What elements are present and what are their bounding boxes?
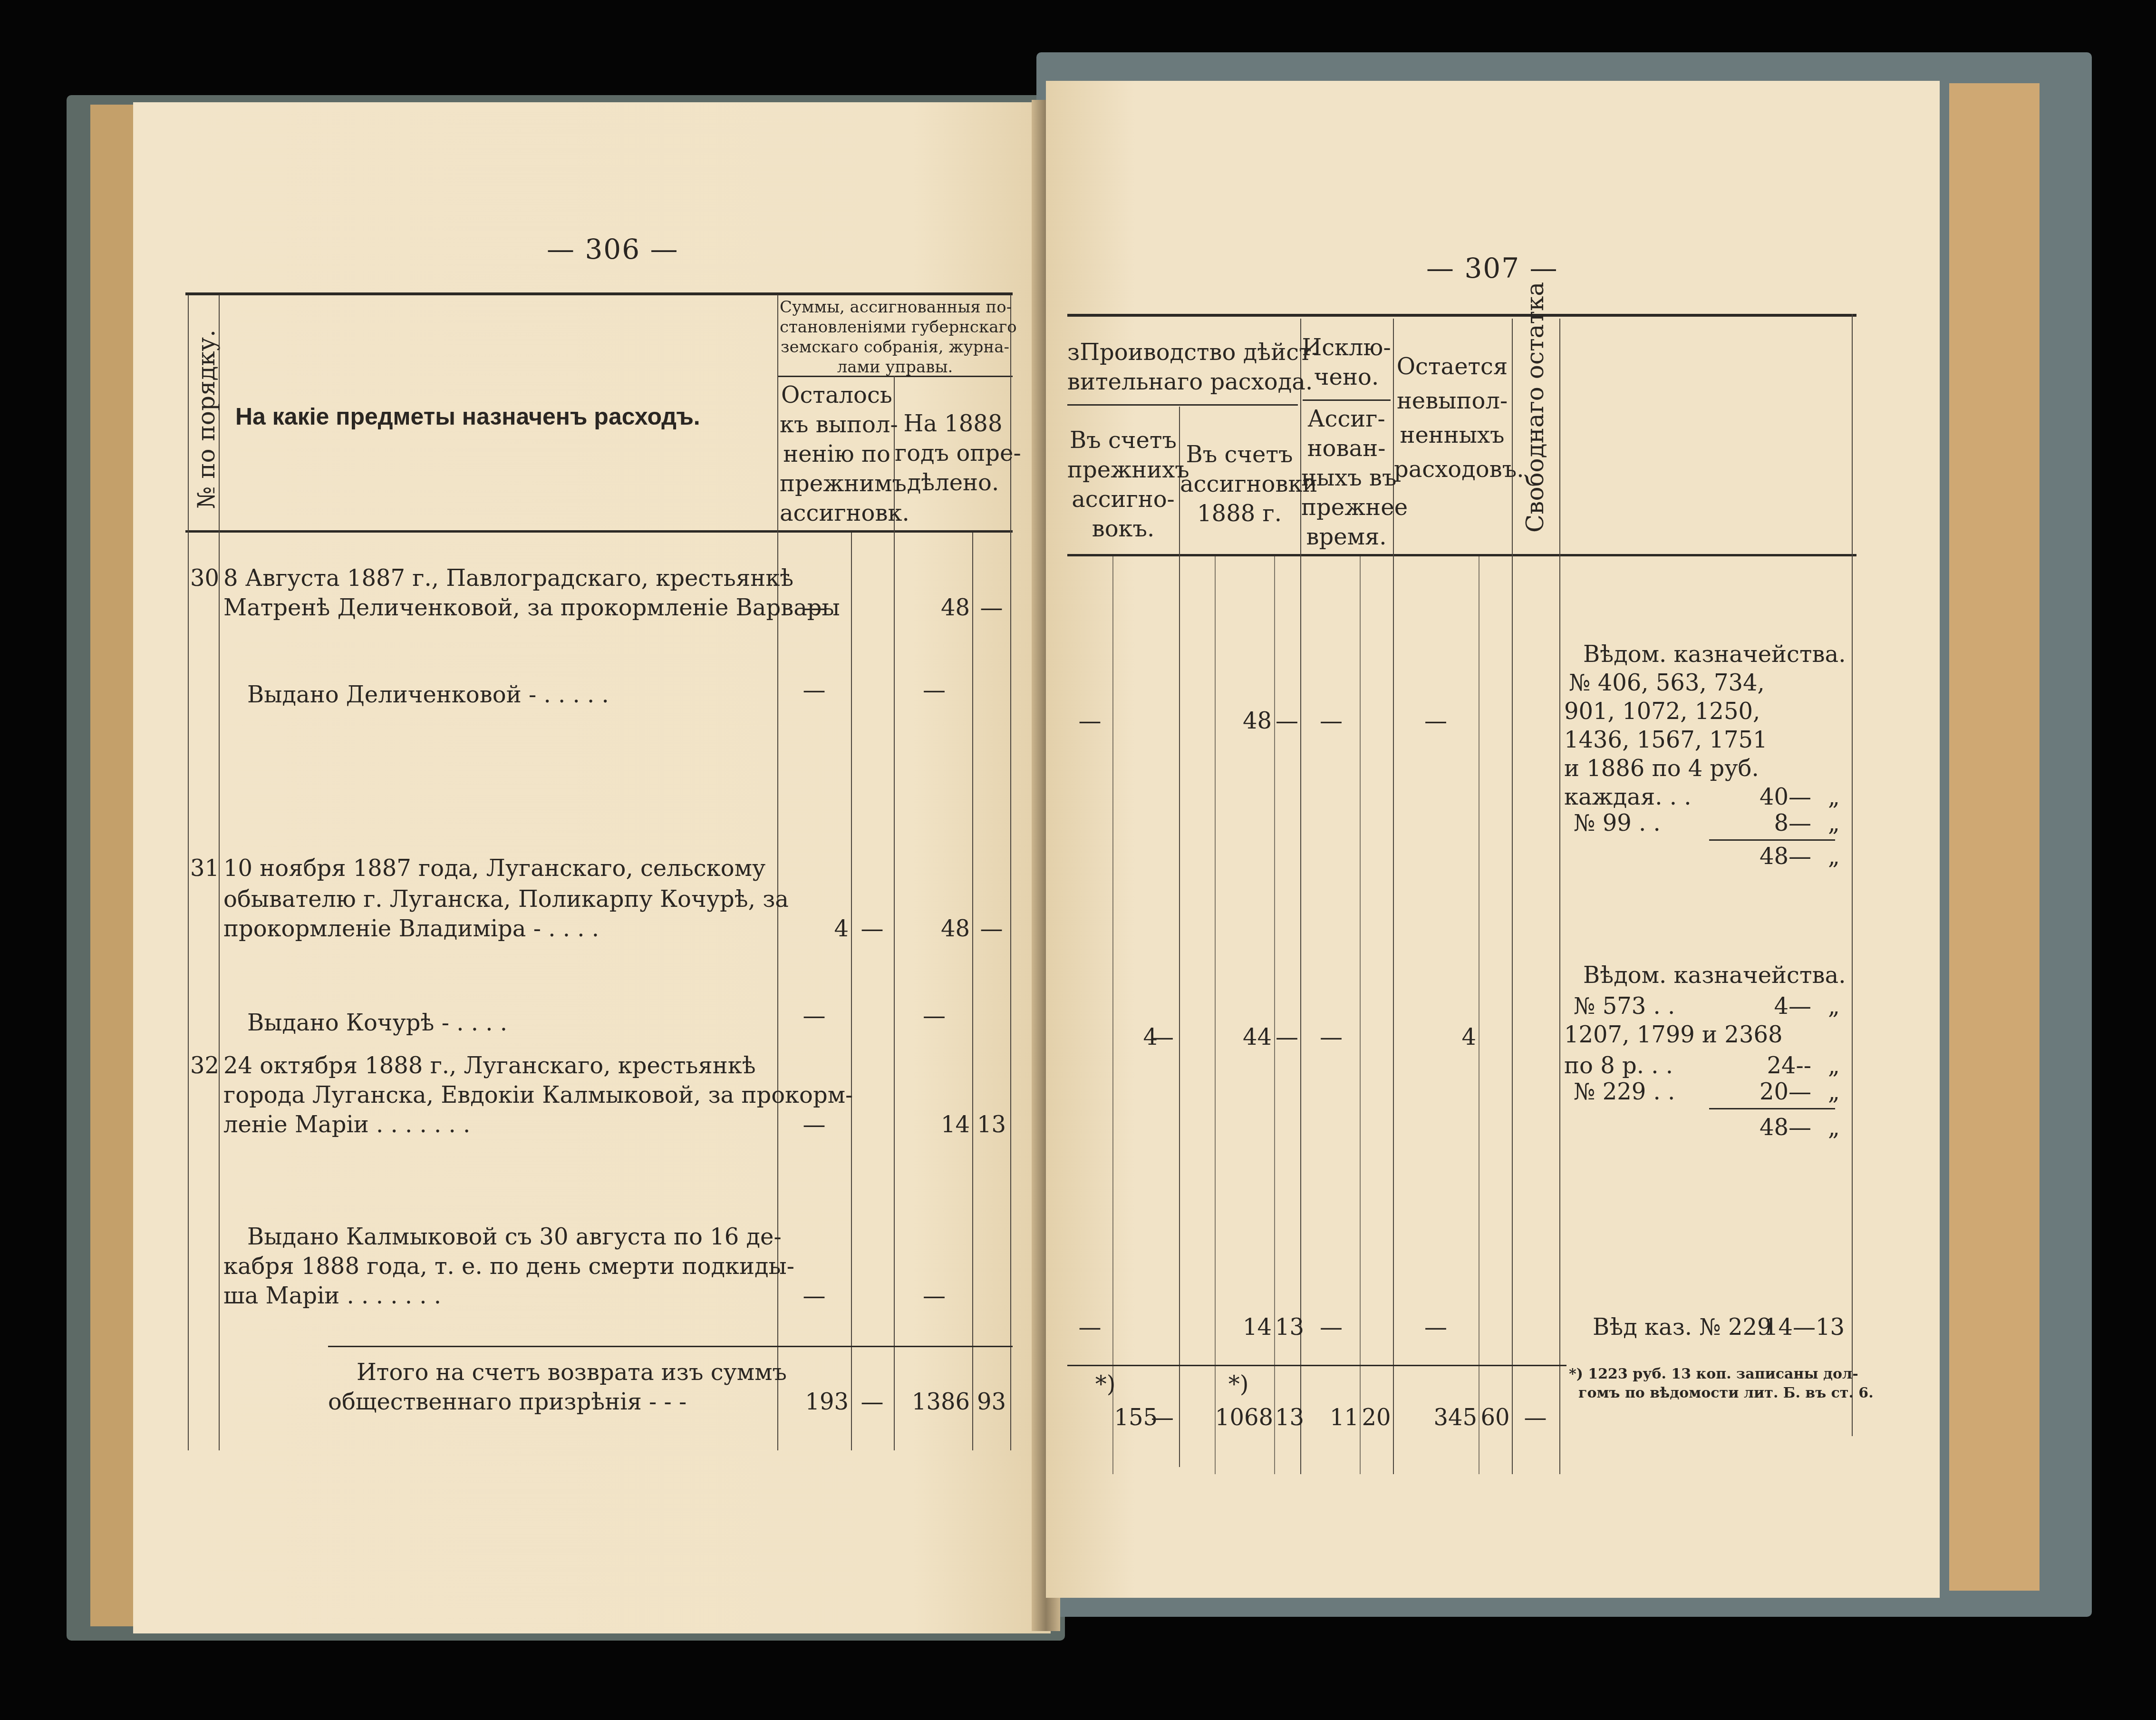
endpaper-right: [1949, 83, 2040, 1591]
assigned-value: 48: [894, 593, 970, 622]
total-remaining: 193: [780, 1387, 849, 1417]
col-line: [1360, 556, 1361, 1474]
row-text: ша Маріи . . . . . . .: [223, 1281, 441, 1311]
total-text: общественнаго призрѣнія - - -: [328, 1387, 686, 1417]
y1888-kop: 13: [1275, 1312, 1299, 1342]
prev-value: 4: [1067, 1022, 1158, 1052]
assigned-value: —: [894, 675, 975, 705]
ditto-mark: „: [1828, 1077, 1840, 1107]
note-item-label: 1207, 1799 и 2368: [1564, 1020, 1783, 1049]
col-line: [1559, 319, 1560, 1474]
total-y1888: 1068: [1189, 1403, 1273, 1432]
assigned-kop: 13: [974, 1110, 1009, 1139]
row-text: прокормленіе Владиміра - . . . .: [223, 914, 599, 943]
footnote-marker: *): [1217, 1370, 1260, 1399]
page-number-306: — 306 —: [547, 233, 679, 265]
note-item-label: № 573 . .: [1574, 991, 1675, 1021]
row-text: города Луганска, Евдокіи Калмыковой, за …: [223, 1080, 853, 1110]
ditto-mark: „: [1828, 782, 1840, 812]
col-line: [972, 533, 973, 1450]
y1888-value: 44: [1217, 1022, 1272, 1052]
note-item-label: № 99 . .: [1574, 808, 1661, 838]
row-text: Выдано Калмыковой съ 30 августа по 16 де…: [247, 1222, 782, 1252]
total-rule: [1067, 1365, 1566, 1366]
note-line: 1436, 1567, 1751: [1564, 725, 1768, 755]
note-item-amount: 8—: [1721, 808, 1811, 838]
excluded-value: —: [1303, 1022, 1360, 1052]
y1888-value: 48: [1217, 706, 1272, 736]
note-line: № 406, 563, 734,: [1569, 668, 1765, 698]
total-remains: 345: [1395, 1403, 1477, 1432]
prev-value: —: [1067, 1312, 1112, 1342]
row-number: 30: [190, 564, 219, 593]
assigned-value: —: [894, 1001, 975, 1030]
col-line: [1512, 319, 1513, 1474]
col-line: [1852, 314, 1853, 1436]
note-title: Вѣдом. казначейства.: [1583, 640, 1846, 669]
total-remains-kop: 60: [1479, 1403, 1511, 1432]
assigned-value: 48: [894, 914, 970, 943]
row-text: обывателю г. Луганска, Поликарпу Кочурѣ,…: [223, 884, 789, 914]
remaining-value: —: [780, 1281, 849, 1311]
note-amount: 14—13: [1764, 1312, 1845, 1342]
group-header-rule: [1303, 399, 1391, 401]
prev-value: —: [1067, 706, 1112, 736]
row-text: Выдано Кочурѣ - . . . .: [247, 1008, 507, 1038]
note-item-amount: 4—: [1721, 991, 1811, 1021]
row-text: 24 октября 1888 г., Луганскаго, крестьян…: [223, 1051, 756, 1080]
remaining-value: —: [780, 675, 849, 705]
excluded-value: —: [1303, 706, 1360, 736]
note-item-label: по 8 р. . .: [1564, 1051, 1673, 1080]
remains-value: —: [1395, 706, 1476, 736]
ditto-mark: „: [1828, 842, 1840, 871]
remaining-value: —: [780, 1110, 849, 1139]
remains-value: 4: [1395, 1022, 1476, 1052]
assigned-value: —: [894, 1281, 975, 1311]
row-text: 8 Августа 1887 г., Павлоградскаго, крест…: [223, 564, 793, 593]
ditto-mark: „: [1828, 991, 1840, 1021]
note-title: Вѣдом. казначейства.: [1583, 961, 1846, 990]
table-top-rule: [185, 292, 1013, 295]
remaining-value: 4: [780, 914, 849, 943]
header-subject: На какіе предметы назначенъ расходъ.: [235, 402, 700, 431]
total-text: Итого на счетъ возврата изъ суммъ: [357, 1358, 787, 1387]
note-sum: 48—: [1721, 1113, 1811, 1142]
note-item-amount: 20—: [1721, 1077, 1811, 1107]
row-text: Матренѣ Деличенковой, за прокормленіе Ва…: [223, 593, 840, 622]
group-header-rule: [1067, 404, 1298, 406]
total-excluded-kop: 20: [1361, 1403, 1392, 1432]
col-line: [1393, 319, 1394, 1474]
header-sums-group: Суммы, ассигнованныя по-становленіями гу…: [780, 297, 1010, 377]
header-excluded: Исклю-чено.: [1301, 333, 1392, 392]
total-prev-kop: —: [1146, 1403, 1179, 1432]
assigned-kop: —: [974, 914, 1009, 943]
ditto-mark: „: [1828, 808, 1840, 838]
note-line: и 1886 по 4 руб.: [1564, 754, 1759, 783]
sum-rule: [1709, 839, 1835, 841]
total-assigned-kop: 93: [974, 1387, 1009, 1417]
note-title: Вѣд каз. № 229: [1593, 1312, 1772, 1342]
assigned-kop: —: [974, 593, 1009, 622]
note-item-label: каждая. . .: [1564, 782, 1692, 812]
note-sum: 48—: [1721, 842, 1811, 871]
prev-kop: —: [1146, 1022, 1179, 1052]
row-text: кабря 1888 года, т. е. по день смерти по…: [223, 1252, 794, 1281]
header-assigned-1888: На 1888годъ опре-дѣлено.: [895, 409, 1011, 497]
y1888-kop: —: [1275, 1022, 1299, 1052]
col-line: [851, 533, 852, 1450]
row-text: Выдано Деличенковой - . . . . .: [247, 680, 609, 709]
header-assign-1888: Въ счетъассигновки1888 г.: [1180, 440, 1299, 528]
remaining-value: —: [780, 593, 849, 622]
header-bottom-rule: [185, 530, 1013, 533]
header-row-number: № по порядку.: [193, 330, 220, 509]
assigned-value: 14: [894, 1110, 970, 1139]
y1888-value: 14: [1217, 1312, 1272, 1342]
page-number-307: — 307 —: [1426, 252, 1558, 284]
row-text: 10 ноября 1887 года, Луганскаго, сельско…: [223, 854, 765, 883]
col-line: [1479, 556, 1479, 1474]
ditto-mark: „: [1828, 1113, 1840, 1142]
col-line: [188, 295, 189, 1450]
col-line: [1112, 556, 1113, 1474]
note-item-amount: 40—: [1721, 782, 1811, 812]
total-excluded: 11: [1303, 1403, 1359, 1432]
col-line: [1179, 407, 1180, 1467]
note-line: 901, 1072, 1250,: [1564, 697, 1760, 726]
total-y1888-kop: 13: [1275, 1403, 1299, 1432]
total-remaining-kop: —: [852, 1387, 892, 1417]
header-actual-expense: зПроиводство дѣйст-вительнаго расхода.: [1067, 338, 1298, 397]
sum-rule: [1709, 1108, 1835, 1109]
header-remains: Остаетсяневыпол-ненныхърасходовъ.: [1394, 350, 1510, 486]
header-remaining-prev: Осталоськъ выпол-ненію попрежнимъассигно…: [780, 380, 894, 528]
total-assigned: 1386: [894, 1387, 970, 1417]
footnote-marker: *): [1084, 1370, 1127, 1399]
total-prev: 155: [1067, 1403, 1158, 1432]
excluded-value: —: [1303, 1312, 1360, 1342]
row-number: 32: [190, 1051, 219, 1080]
note-item-label: № 229 . .: [1574, 1077, 1675, 1107]
total-rule: [328, 1346, 1013, 1347]
footnote: *) 1223 руб. 13 коп. записаны дол- гомъ …: [1569, 1365, 1874, 1403]
row-text: леніе Маріи . . . . . . .: [223, 1110, 470, 1139]
remaining-value: —: [780, 1001, 849, 1030]
total-free: —: [1513, 1403, 1558, 1432]
ditto-mark: „: [1828, 1051, 1840, 1080]
note-item-amount: 24--: [1721, 1051, 1811, 1080]
y1888-kop: —: [1275, 706, 1299, 736]
table-top-rule: [1067, 314, 1856, 317]
header-free-balance: Свободнаго остатка: [1521, 282, 1549, 533]
remaining-kop: —: [852, 914, 892, 943]
remains-value: —: [1395, 1312, 1476, 1342]
row-number: 31: [190, 854, 219, 883]
header-bottom-rule: [1067, 554, 1856, 556]
header-excluded-sub: Ассиг-нован-ныхъ въпрежнеевремя.: [1301, 404, 1392, 552]
col-line: [1215, 556, 1216, 1474]
header-prev-assignments: Въ счетъпрежнихъассигно-вокъ.: [1067, 426, 1179, 544]
